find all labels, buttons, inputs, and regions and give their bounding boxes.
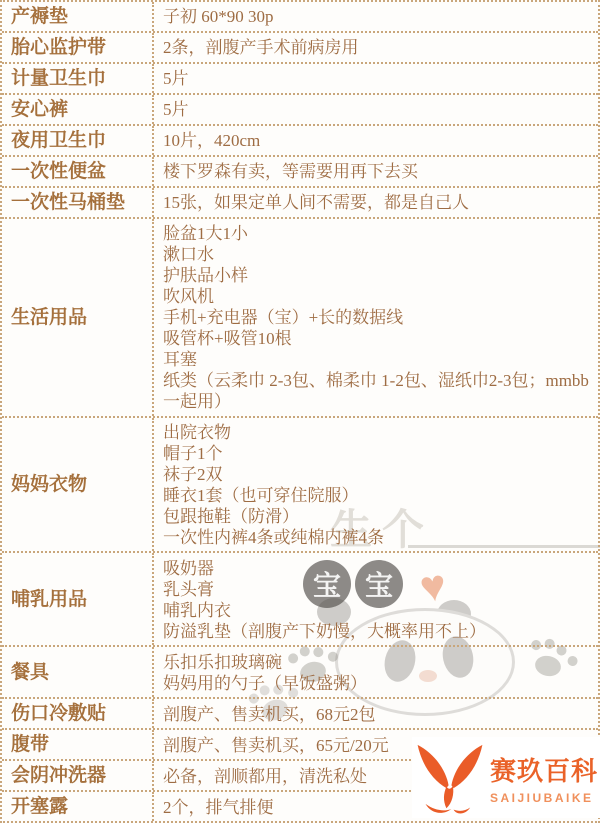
item-note-line: 5片 [163, 99, 590, 120]
item-name: 生活用品 [2, 219, 154, 416]
item-note-line: 15张，如果定单人间不需要，都是自己人 [163, 192, 590, 213]
table-row: 生活用品脸盆1大1小漱口水护肤品小样吹风机手机+充电器（宝）+长的数据线吸管杯+… [2, 217, 598, 416]
item-name: 安心裤 [2, 95, 154, 124]
item-notes: 15张，如果定单人间不需要，都是自己人 [154, 188, 598, 217]
item-name: 妈妈衣物 [2, 418, 154, 552]
item-name: 胎心监护带 [2, 33, 154, 62]
table-row: 安心裤5片 [2, 93, 598, 124]
item-note-line: 耳塞 [163, 349, 590, 370]
item-name: 餐具 [2, 647, 154, 697]
item-name: 哺乳用品 [2, 553, 154, 645]
table-row: 哺乳用品吸奶器乳头膏哺乳内衣防溢乳垫（剖腹产下奶慢，大概率用不上） [2, 551, 598, 645]
item-name: 计量卫生巾 [2, 64, 154, 93]
item-name: 产褥垫 [2, 2, 154, 31]
item-notes: 吸奶器乳头膏哺乳内衣防溢乳垫（剖腹产下奶慢，大概率用不上） [154, 553, 598, 645]
item-name: 会阴冲洗器 [2, 761, 154, 790]
item-note-line: 吸奶器 [163, 558, 590, 579]
item-name: 一次性马桶垫 [2, 188, 154, 217]
item-note-line: 护肤品小样 [163, 265, 590, 286]
item-note-line: 10片，420cm [163, 130, 590, 151]
maternity-checklist-page: 生个 宝 宝 ♥ 产褥垫子初 60*90 30p胎心监护带2条，剖腹产手术前病房… [0, 0, 600, 823]
saijiubaike-logo: 赛玖百科 SAIJIUBAIKE [412, 737, 600, 818]
item-note-line: 剖腹产、售卖机买，68元2包 [163, 704, 590, 725]
whale-tail-icon [414, 742, 486, 814]
item-notes: 子初 60*90 30p [154, 2, 598, 31]
item-notes: 出院衣物帽子1个袜子2双睡衣1套（也可穿住院服）包跟拖鞋（防滑）一次性内裤4条或… [154, 418, 598, 552]
item-name: 开塞露 [2, 792, 154, 821]
item-note-line: 包跟拖鞋（防滑） [163, 506, 590, 527]
table-row: 妈妈衣物出院衣物帽子1个袜子2双睡衣1套（也可穿住院服）包跟拖鞋（防滑）一次性内… [2, 416, 598, 552]
item-note-line: 帽子1个 [163, 443, 590, 464]
logo-name: 赛玖百科 [490, 751, 598, 788]
item-note-line: 手机+充电器（宝）+长的数据线 [163, 307, 590, 328]
item-note-line: 纸类（云柔巾 2-3包、棉柔巾 1-2包、湿纸巾2-3包；mmbb一起用） [163, 370, 590, 412]
item-note-line: 出院衣物 [163, 422, 590, 443]
item-note-line: 袜子2双 [163, 464, 590, 485]
table-row: 夜用卫生巾10片，420cm [2, 124, 598, 155]
item-notes: 2条，剖腹产手术前病房用 [154, 33, 598, 62]
item-note-line: 子初 60*90 30p [163, 6, 590, 27]
item-notes: 乐扣乐扣玻璃碗妈妈用的勺子（早饭盛粥） [154, 647, 598, 697]
item-note-line: 2条，剖腹产手术前病房用 [163, 37, 590, 58]
table-row: 一次性马桶垫15张，如果定单人间不需要，都是自己人 [2, 186, 598, 217]
logo-latin: SAIJIUBAIKE [490, 791, 598, 805]
table-row: 伤口冷敷贴剖腹产、售卖机买，68元2包 [2, 697, 598, 728]
item-notes: 剖腹产、售卖机买，68元2包 [154, 699, 598, 728]
table-row: 一次性便盆楼下罗森有卖，等需要用再下去买 [2, 155, 598, 186]
item-notes: 10片，420cm [154, 126, 598, 155]
item-name: 伤口冷敷贴 [2, 699, 154, 728]
item-note-line: 漱口水 [163, 244, 590, 265]
item-notes: 脸盆1大1小漱口水护肤品小样吹风机手机+充电器（宝）+长的数据线吸管杯+吸管10… [154, 219, 598, 416]
item-note-line: 妈妈用的勺子（早饭盛粥） [163, 673, 590, 694]
item-name: 腹带 [2, 730, 154, 759]
item-note-line: 乳头膏 [163, 579, 590, 600]
item-note-line: 5片 [163, 68, 590, 89]
item-name: 夜用卫生巾 [2, 126, 154, 155]
item-note-line: 乐扣乐扣玻璃碗 [163, 652, 590, 673]
item-notes: 5片 [154, 64, 598, 93]
item-note-line: 睡衣1套（也可穿住院服） [163, 485, 590, 506]
item-note-line: 吸管杯+吸管10根 [163, 328, 590, 349]
item-note-line: 哺乳内衣 [163, 600, 590, 621]
item-note-line: 脸盆1大1小 [163, 223, 590, 244]
checklist-table: 产褥垫子初 60*90 30p胎心监护带2条，剖腹产手术前病房用计量卫生巾5片安… [0, 0, 600, 823]
item-note-line: 防溢乳垫（剖腹产下奶慢，大概率用不上） [163, 621, 590, 642]
item-note-line: 一次性内裤4条或纯棉内裤4条 [163, 527, 590, 548]
table-row: 计量卫生巾5片 [2, 62, 598, 93]
item-note-line: 吹风机 [163, 286, 590, 307]
table-row: 餐具乐扣乐扣玻璃碗妈妈用的勺子（早饭盛粥） [2, 645, 598, 697]
table-row: 产褥垫子初 60*90 30p [2, 2, 598, 31]
table-row: 胎心监护带2条，剖腹产手术前病房用 [2, 31, 598, 62]
item-notes: 楼下罗森有卖，等需要用再下去买 [154, 157, 598, 186]
item-note-line: 楼下罗森有卖，等需要用再下去买 [163, 161, 590, 182]
item-name: 一次性便盆 [2, 157, 154, 186]
item-notes: 5片 [154, 95, 598, 124]
